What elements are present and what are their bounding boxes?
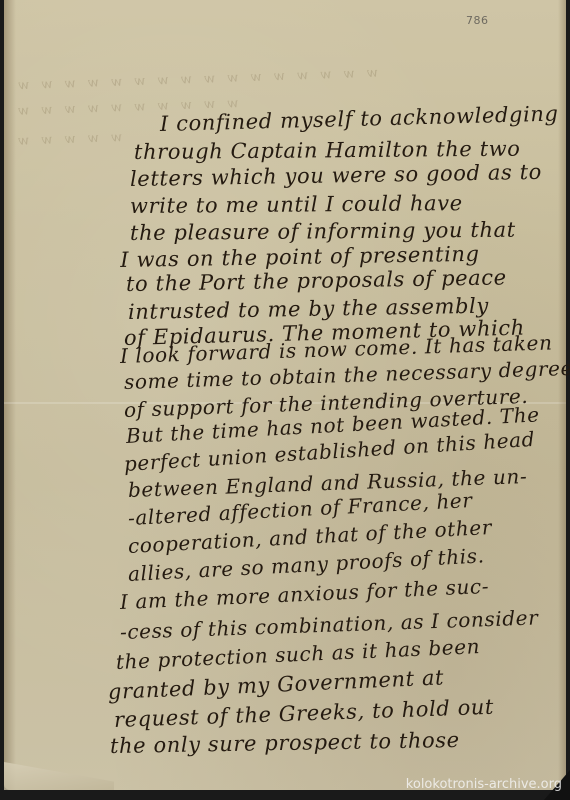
- letter-line: the pleasure of informing you that: [130, 218, 516, 245]
- letter-body: I confined myself to acknowledging throu…: [0, 0, 570, 800]
- letter-line: letters which you were so good as to: [130, 160, 542, 191]
- archive-watermark: kolokotronis-archive.org: [406, 777, 562, 792]
- letter-line: I confined myself to acknowledging: [160, 102, 559, 136]
- letter-line: through Captain Hamilton the two: [134, 137, 521, 164]
- letter-line: the only sure prospect to those: [110, 728, 460, 758]
- letter-line: write to me until I could have: [130, 191, 463, 218]
